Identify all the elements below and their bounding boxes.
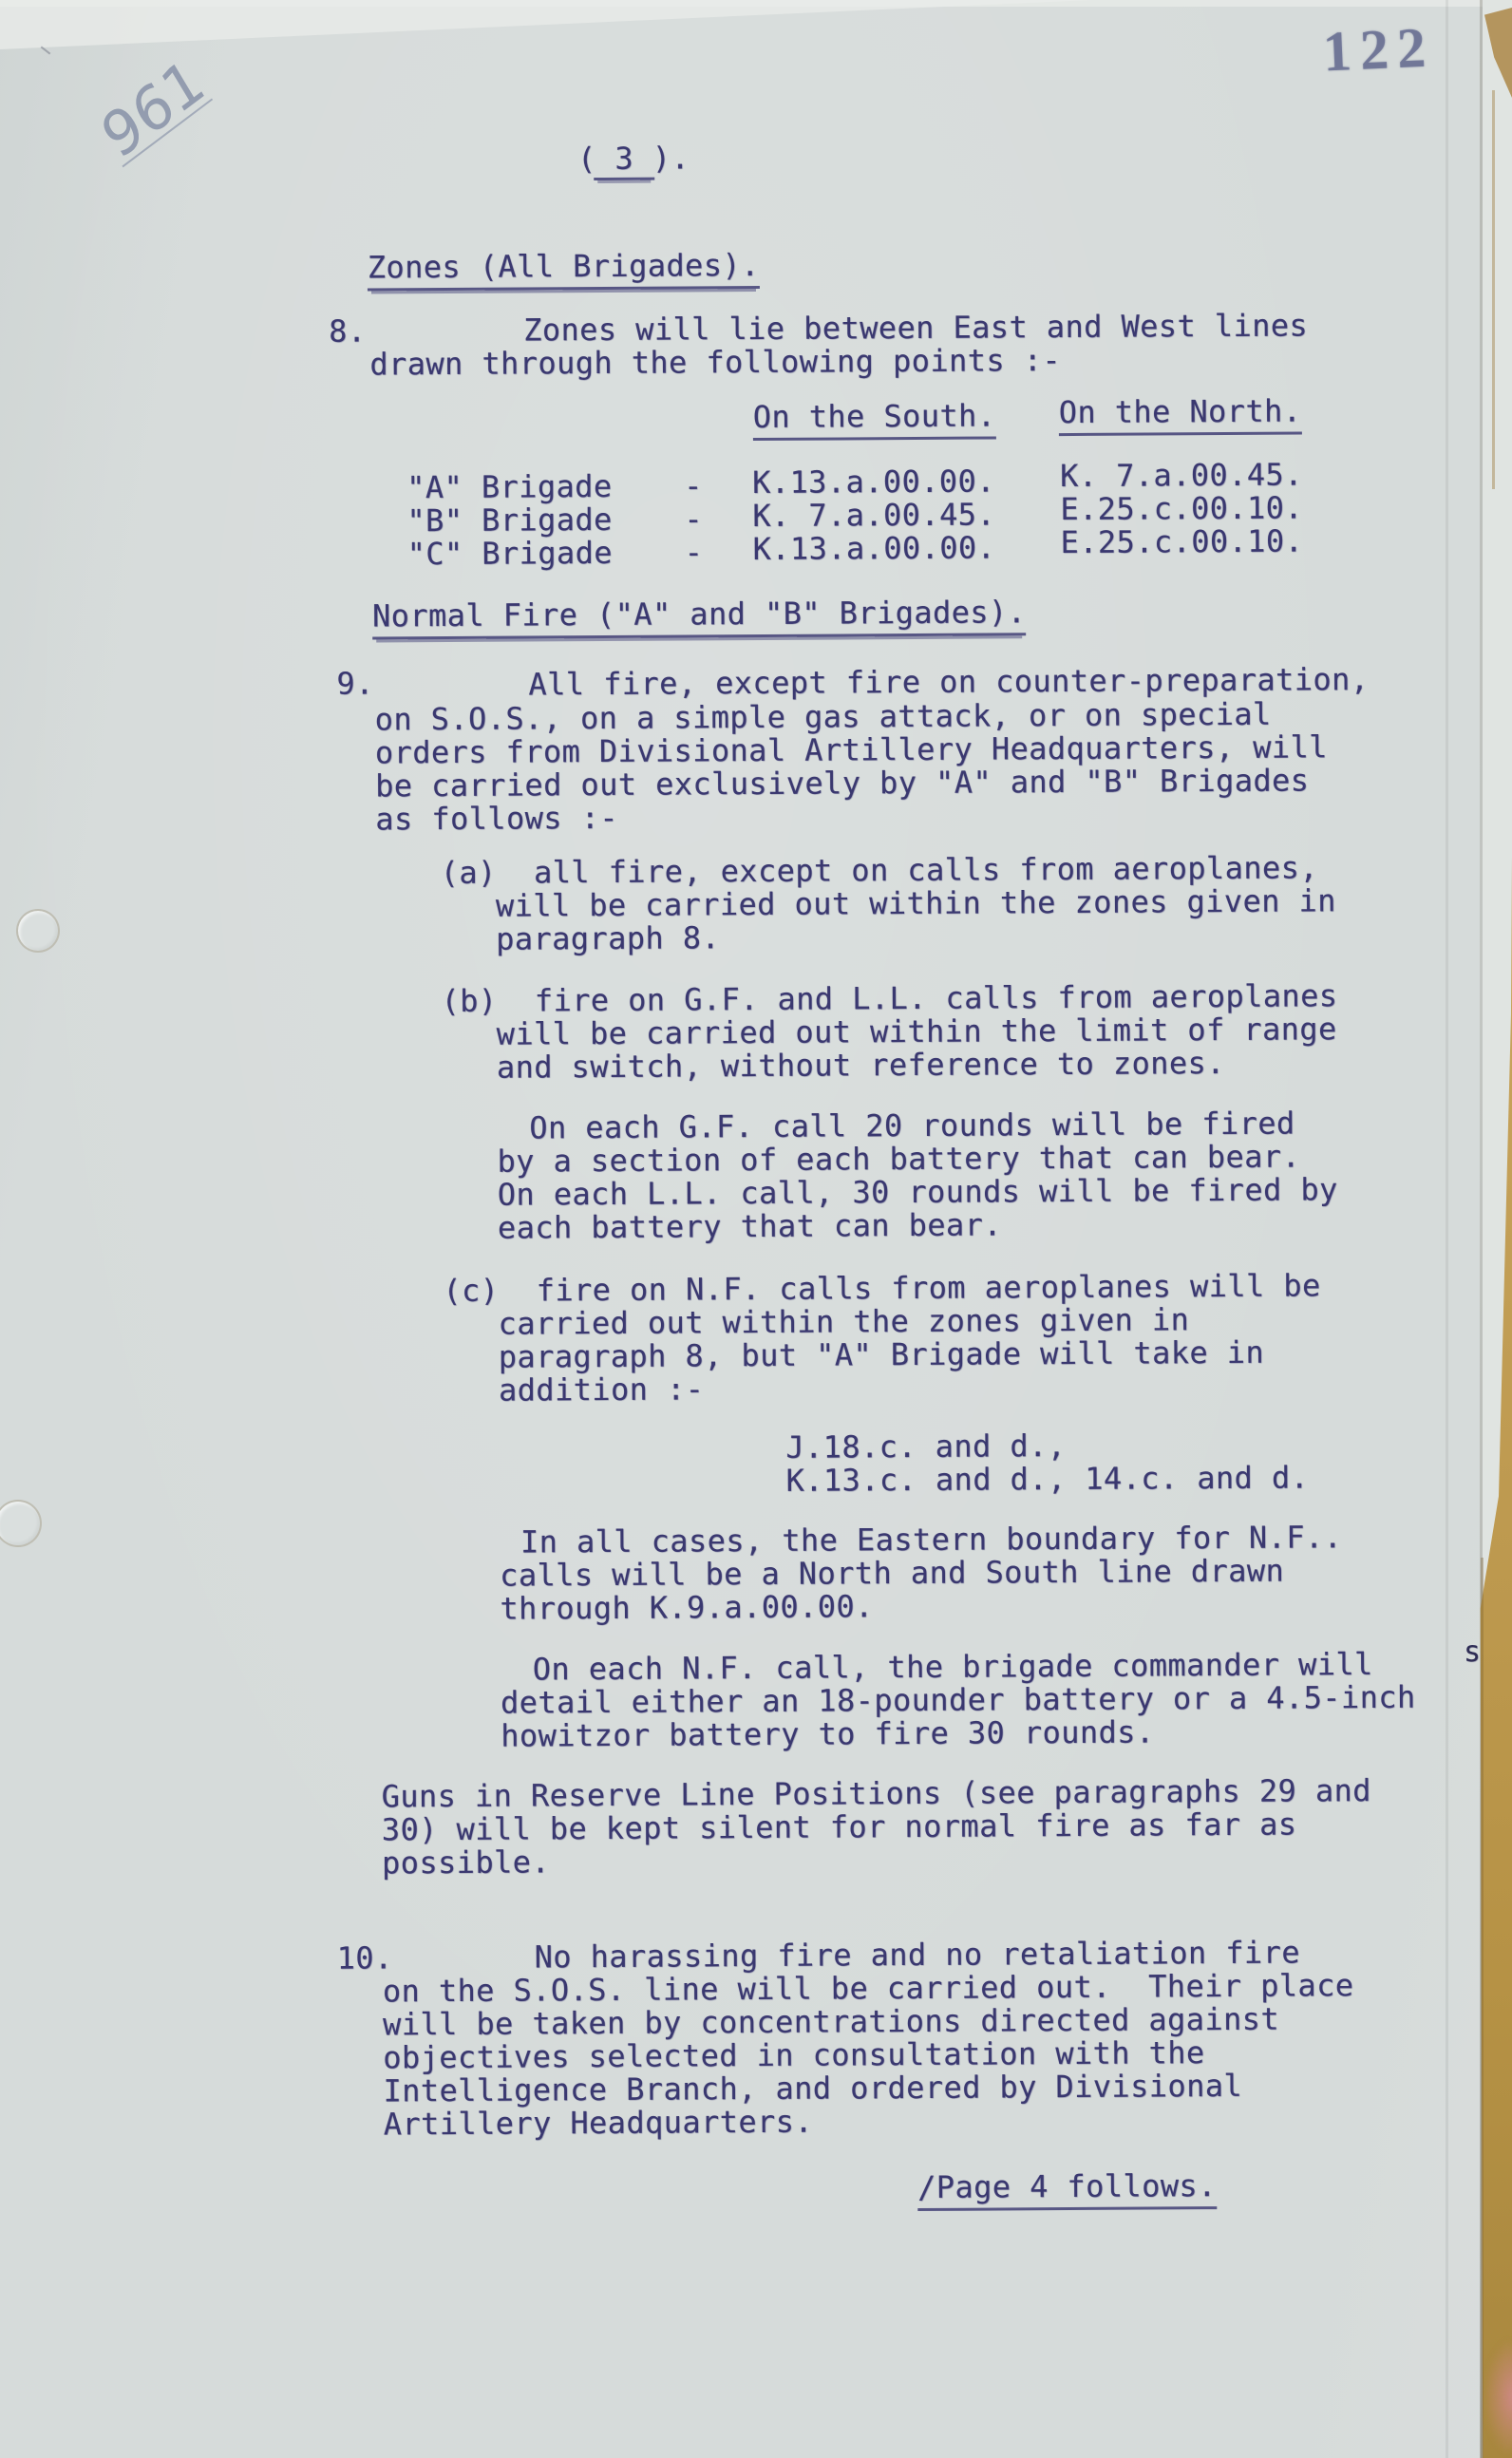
cell-north: K. 7.a.00.45.	[1060, 458, 1303, 493]
header-text: On the North.	[1059, 393, 1302, 437]
paragraph-9-body: on S.O.S., on a simple gas attack, or on…	[375, 697, 1329, 836]
eastern-boundary-line: calls will be a North and South line dra…	[500, 1555, 1284, 1593]
row-dash: -	[685, 536, 704, 569]
item-a-line: paragraph 8.	[496, 917, 1336, 955]
document-page: s. 122 961 ( 3 ). Zones (All Brigades). …	[0, 0, 1512, 2458]
footer-text: /Page 4 follows.	[917, 2167, 1217, 2211]
gf-note-body: by a section of each battery that can be…	[497, 1140, 1338, 1244]
paragraph-10-line: Artillery Headquarters.	[384, 2102, 1355, 2141]
paragraph-8-line: drawn through the following points :-	[369, 344, 1061, 381]
paragraph-10-line: Intelligence Branch, and ordered by Divi…	[383, 2069, 1354, 2108]
row-label: "C" Brigade	[407, 537, 614, 571]
heading-text: Normal Fire ("A" and "B" Brigades).	[372, 594, 1027, 639]
cell-south: K. 7.a.00.45.	[752, 498, 995, 533]
paragraph-9-line: be carried out exclusively by "A" and "B…	[375, 764, 1328, 803]
eastern-boundary-line: through K.9.a.00.00.	[500, 1588, 1284, 1626]
section-heading-normal-fire: Normal Fire ("A" and "B" Brigades).	[372, 596, 1026, 633]
header-text: On the South.	[753, 397, 996, 441]
paragraph-10-line: will be taken by concentrations directed…	[383, 2002, 1354, 2041]
item-b-line: and switch, without reference to zones.	[497, 1046, 1337, 1084]
item-c-line: paragraph 8, but "A" Brigade will take i…	[499, 1336, 1264, 1374]
section-heading-zones: Zones (All Brigades).	[368, 249, 760, 285]
column-header-south: On the South.	[753, 399, 996, 434]
heading-text: Zones (All Brigades).	[368, 247, 760, 292]
gf-note-line: On each L.L. call, 30 rounds will be fir…	[498, 1173, 1338, 1211]
item-a-body: will be carried out within the zones giv…	[496, 884, 1336, 955]
paragraph-9-line: as follows :-	[375, 797, 1328, 836]
row-dash: -	[684, 469, 703, 502]
item-b-body: will be carried out within the limit of …	[497, 1012, 1337, 1084]
column-header-north: On the North.	[1059, 395, 1302, 430]
cell-south: K.13.a.00.00.	[753, 531, 996, 566]
guns-note: Guns in Reserve Line Positions (see para…	[382, 1774, 1372, 1880]
page-footer: /Page 4 follows.	[917, 2169, 1217, 2204]
eastern-boundary-body: calls will be a North and South line dra…	[500, 1555, 1284, 1626]
cell-north: E.25.c.00.10.	[1060, 491, 1303, 526]
gf-note-line: each battery that can bear.	[498, 1206, 1338, 1244]
row-label: "A" Brigade	[406, 470, 613, 504]
paragraph-10-body: on the S.O.S. line will be carried out. …	[383, 1969, 1355, 2141]
page-number: ( 3 ).	[577, 142, 690, 180]
cell-north: E.25.c.00.10.	[1060, 524, 1303, 559]
row-dash: -	[684, 502, 703, 536]
item-a-line: will be carried out within the zones giv…	[496, 884, 1336, 922]
paragraph-8-line: Zones will lie between East and West lin…	[523, 309, 1308, 347]
nf-note-line: howitzor battery to fire 30 rounds.	[501, 1714, 1416, 1753]
item-c-body: carried out within the zones given in pa…	[499, 1303, 1265, 1408]
item-c-line: addition :-	[499, 1370, 1264, 1408]
nf-note-body: detail either an 18-pounder battery or a…	[501, 1681, 1416, 1753]
row-label: "B" Brigade	[406, 503, 613, 538]
target-line: K.13.c. and d., 14.c. and d.	[786, 1461, 1310, 1497]
guns-note-line: 30) will be kept silent for normal fire …	[382, 1807, 1371, 1846]
page-number-close: ).	[633, 140, 690, 176]
paragraph-9-number: 9.	[336, 667, 374, 700]
paragraph-8-number: 8.	[329, 315, 367, 349]
guns-note-line: possible.	[382, 1841, 1371, 1880]
cell-south: K.13.a.00.00.	[752, 464, 995, 500]
target-list: J.18.c. and d., K.13.c. and d., 14.c. an…	[785, 1428, 1309, 1497]
nf-note-line: detail either an 18-pounder battery or a…	[501, 1681, 1416, 1720]
paragraph-10-number: 10.	[337, 1941, 393, 1975]
typewritten-text-layer: ( 3 ). Zones (All Brigades). 8. Zones wi…	[0, 0, 1512, 2458]
